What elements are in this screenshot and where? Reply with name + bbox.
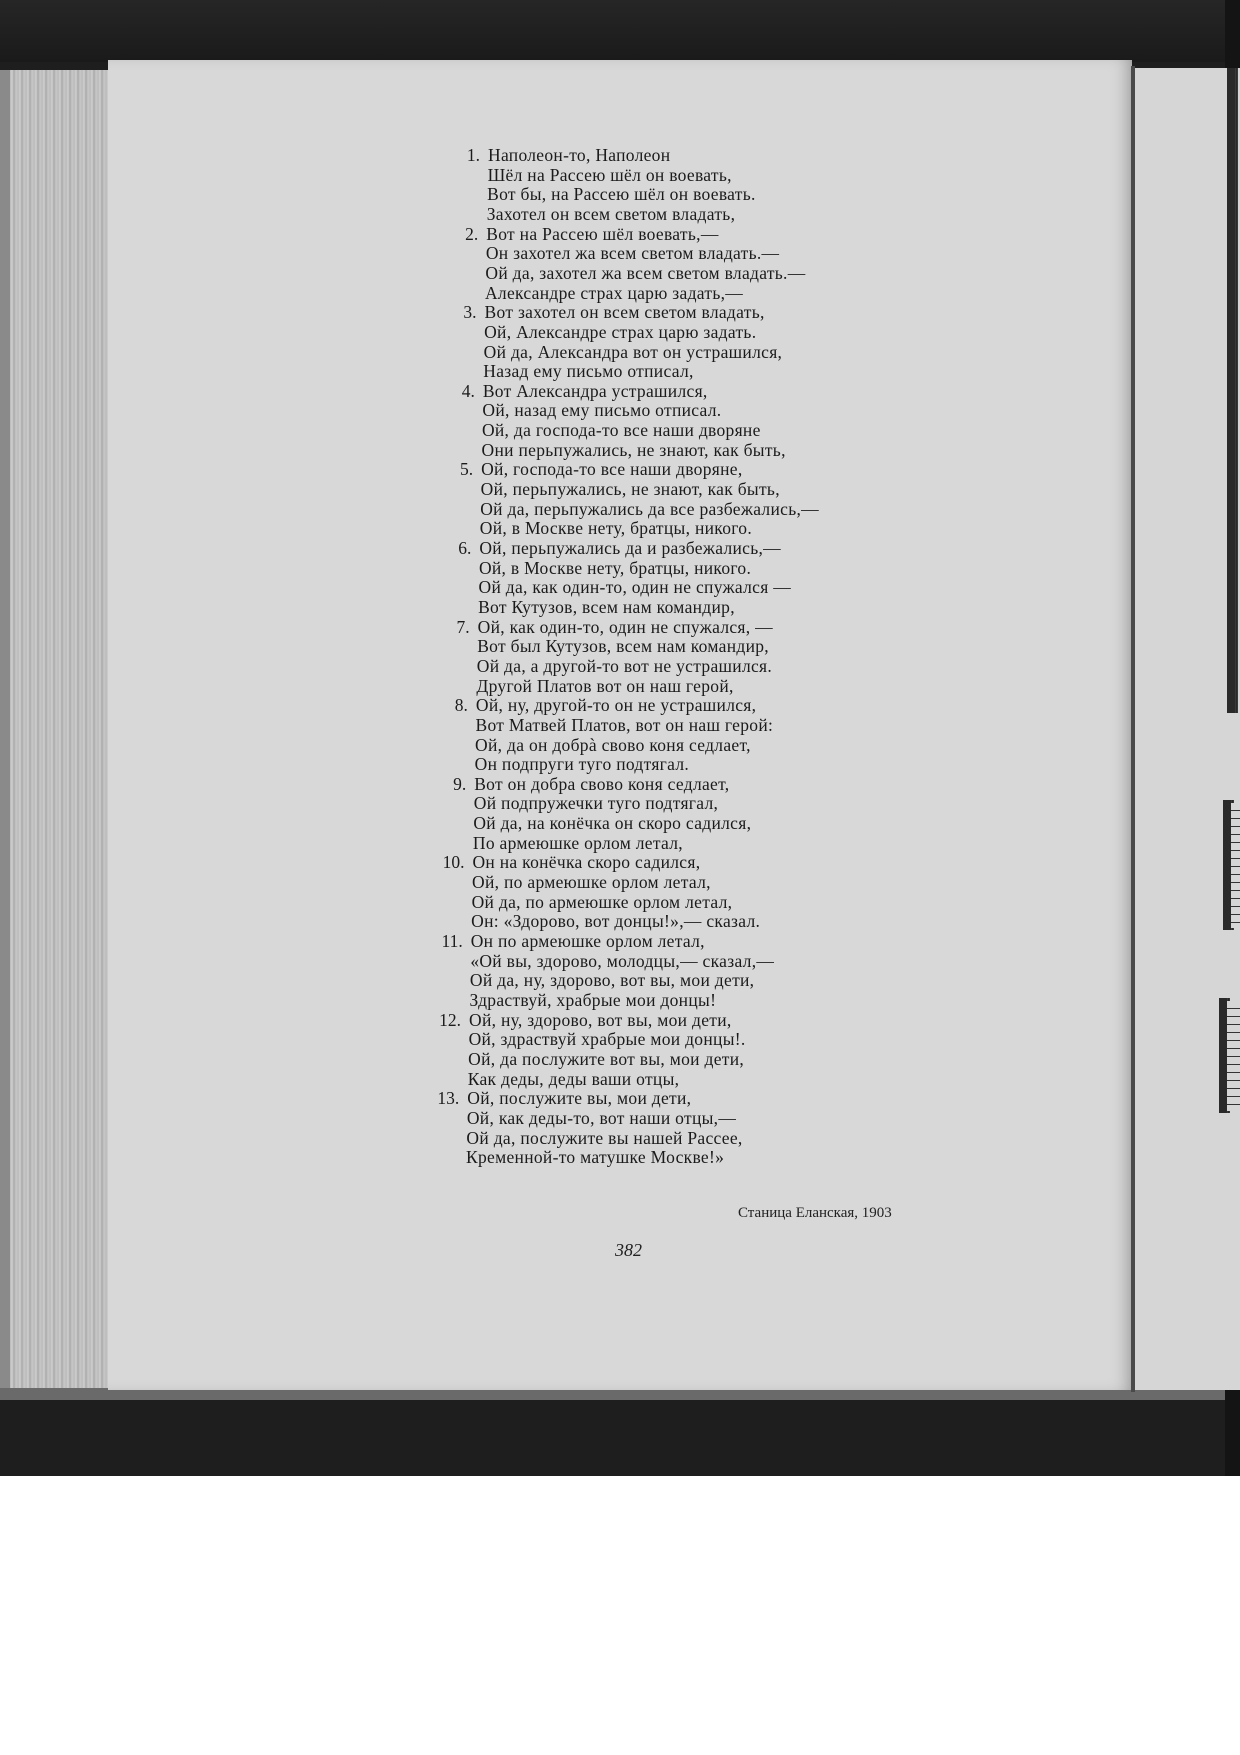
verse-number: 11. <box>423 931 463 951</box>
verse-line: Вот бы, на Рассею шёл он воевать. <box>487 184 756 204</box>
verse-line: Ой да, ну, здорово, вот вы, мои дети, <box>470 970 755 990</box>
verse-number: 12. <box>421 1010 461 1030</box>
verse-line: Ой, да послужите вот вы, мои дети, <box>468 1049 744 1069</box>
verse-line: Захотел он всем светом владать, <box>487 204 736 224</box>
left-page: 1.Наполеон-то, НаполеонШёл на Рассею шёл… <box>108 60 1132 1390</box>
verse-line: «Ой вы, здорово, молодцы,— сказал,— <box>470 951 774 971</box>
dark-backdrop-top <box>0 0 1240 62</box>
verse-line: Ой да, на конёчка он скоро садился, <box>473 813 751 833</box>
verse-line: Ой да, перьпужались да все разбежались,— <box>480 499 819 519</box>
verse-line: Наполеон-то, Наполеон <box>488 145 670 165</box>
verse-line: Ой подпружечки туго подтягал, <box>474 793 718 813</box>
poem-text: 1.Наполеон-то, НаполеонШёл на Рассею шёл… <box>108 60 1132 1390</box>
verse-number: 1. <box>440 145 480 165</box>
music-staff-lines-icon <box>1227 1001 1240 1111</box>
verse-number: 9. <box>426 774 466 794</box>
verse-line: Как деды, деды ваши отцы, <box>468 1069 680 1089</box>
verse-line: Ой, по армеюшке орлом летал, <box>472 872 711 892</box>
verse-number: 3. <box>437 302 477 322</box>
verse-number: 13. <box>419 1088 459 1108</box>
verse-line: Вот Александра устрашился, <box>483 381 708 401</box>
verse-number: 8. <box>428 695 468 715</box>
verse-line: Ой, послужите вы, мои дети, <box>467 1088 691 1108</box>
verse-line: Вот он добра свово коня седлает, <box>474 774 729 794</box>
verse-line: Ой, господа-то все наши дворяне, <box>481 459 742 479</box>
verse-line: Он захотел жа всем светом владать.— <box>486 243 780 263</box>
verse-number: 6. <box>431 538 471 558</box>
verse-line: Ой, ну, здорово, вот вы, мои дети, <box>469 1010 732 1030</box>
verse-line: Ой да, захотел жа всем светом владать.— <box>485 263 805 283</box>
verse-line: Он по армеюшке орлом летал, <box>471 931 705 951</box>
verse-number: 10. <box>424 852 464 872</box>
verse-number: 4. <box>435 381 475 401</box>
verse-number: 7. <box>430 617 470 637</box>
verse-line: Вот Кутузов, всем нам командир, <box>478 597 735 617</box>
verse-line: Они перьпужались, не знают, как быть, <box>482 440 786 460</box>
verse-number: 2. <box>438 224 478 244</box>
verse-line: Вот захотел он всем светом владать, <box>485 302 765 322</box>
music-staff-bracket-icon <box>1227 68 1238 713</box>
verse-line: Здраствуй, храбрые мои донцы! <box>469 990 716 1010</box>
verse-line: Вот был Кутузов, всем нам командир, <box>477 636 769 656</box>
verse-line: Ой да, послужите вы нашей Рассее, <box>466 1128 742 1148</box>
verse-line: Ой, назад ему письмо отписал. <box>482 400 721 420</box>
music-staff-lines-icon <box>1231 803 1240 928</box>
verse-line: Ой, перьпужались да и разбежались,— <box>479 538 781 558</box>
verse-line: Ой, да господа-то все наши дворяне <box>482 420 761 440</box>
verse-line: Он подпруги туго подтягал. <box>475 754 689 774</box>
page-number: 382 <box>615 1240 642 1261</box>
verse-line: Назад ему письмо отписал, <box>483 361 693 381</box>
verse-line: Шёл на Рассею шёл он воевать, <box>488 165 732 185</box>
verse-line: Вот на Рассею шёл воевать,— <box>486 224 718 244</box>
verse-line: Он: «Здорово, вот донцы!»,— сказал. <box>471 911 760 931</box>
verse-line: Другой Платов вот он наш герой, <box>476 676 733 696</box>
verse-line: Ой да, как один-то, один не спужался — <box>479 577 792 597</box>
verse-line: Ой, Александре страх царю задать. <box>484 322 756 342</box>
book-page-stack <box>0 70 108 1390</box>
verse-line: Ой, как деды-то, вот наши отцы,— <box>467 1108 736 1128</box>
verse-line: Ой, здраствуй храбрые мои донцы!. <box>469 1029 746 1049</box>
verse-line: Кременной-то матушке Москве!» <box>466 1147 724 1167</box>
verse-number: 5. <box>433 459 473 479</box>
verse-line: По армеюшке орлом летал, <box>473 833 683 853</box>
verse-line: Ой, в Москве нету, братцы, никого. <box>480 518 752 538</box>
verse-line: Он на конёчка скоро садился, <box>472 852 700 872</box>
verse-line: Ой, как один-то, один не спужался, — <box>478 617 773 637</box>
right-page <box>1135 68 1240 1390</box>
verse-line: Ой да, по армеюшке орлом летал, <box>472 892 733 912</box>
source-caption: Станица Еланская, 1903 <box>738 1205 892 1222</box>
verse-line: Ой, да он добрà свово коня седлает, <box>475 735 751 755</box>
verse-line: Ой, ну, другой-то он не устрашился, <box>476 695 756 715</box>
verse-line: Ой, в Москве нету, братцы, никого. <box>479 558 751 578</box>
verse-line: Александре страх царю задать,— <box>485 283 743 303</box>
verse-line: Вот Матвей Платов, вот он наш герой: <box>475 715 773 735</box>
verse-line: Ой, перьпужались, не знают, как быть, <box>481 479 780 499</box>
verse-line: Ой да, Александра вот он устрашился, <box>484 342 783 362</box>
verse-line: Ой да, а другой-то вот не устрашился. <box>477 656 772 676</box>
